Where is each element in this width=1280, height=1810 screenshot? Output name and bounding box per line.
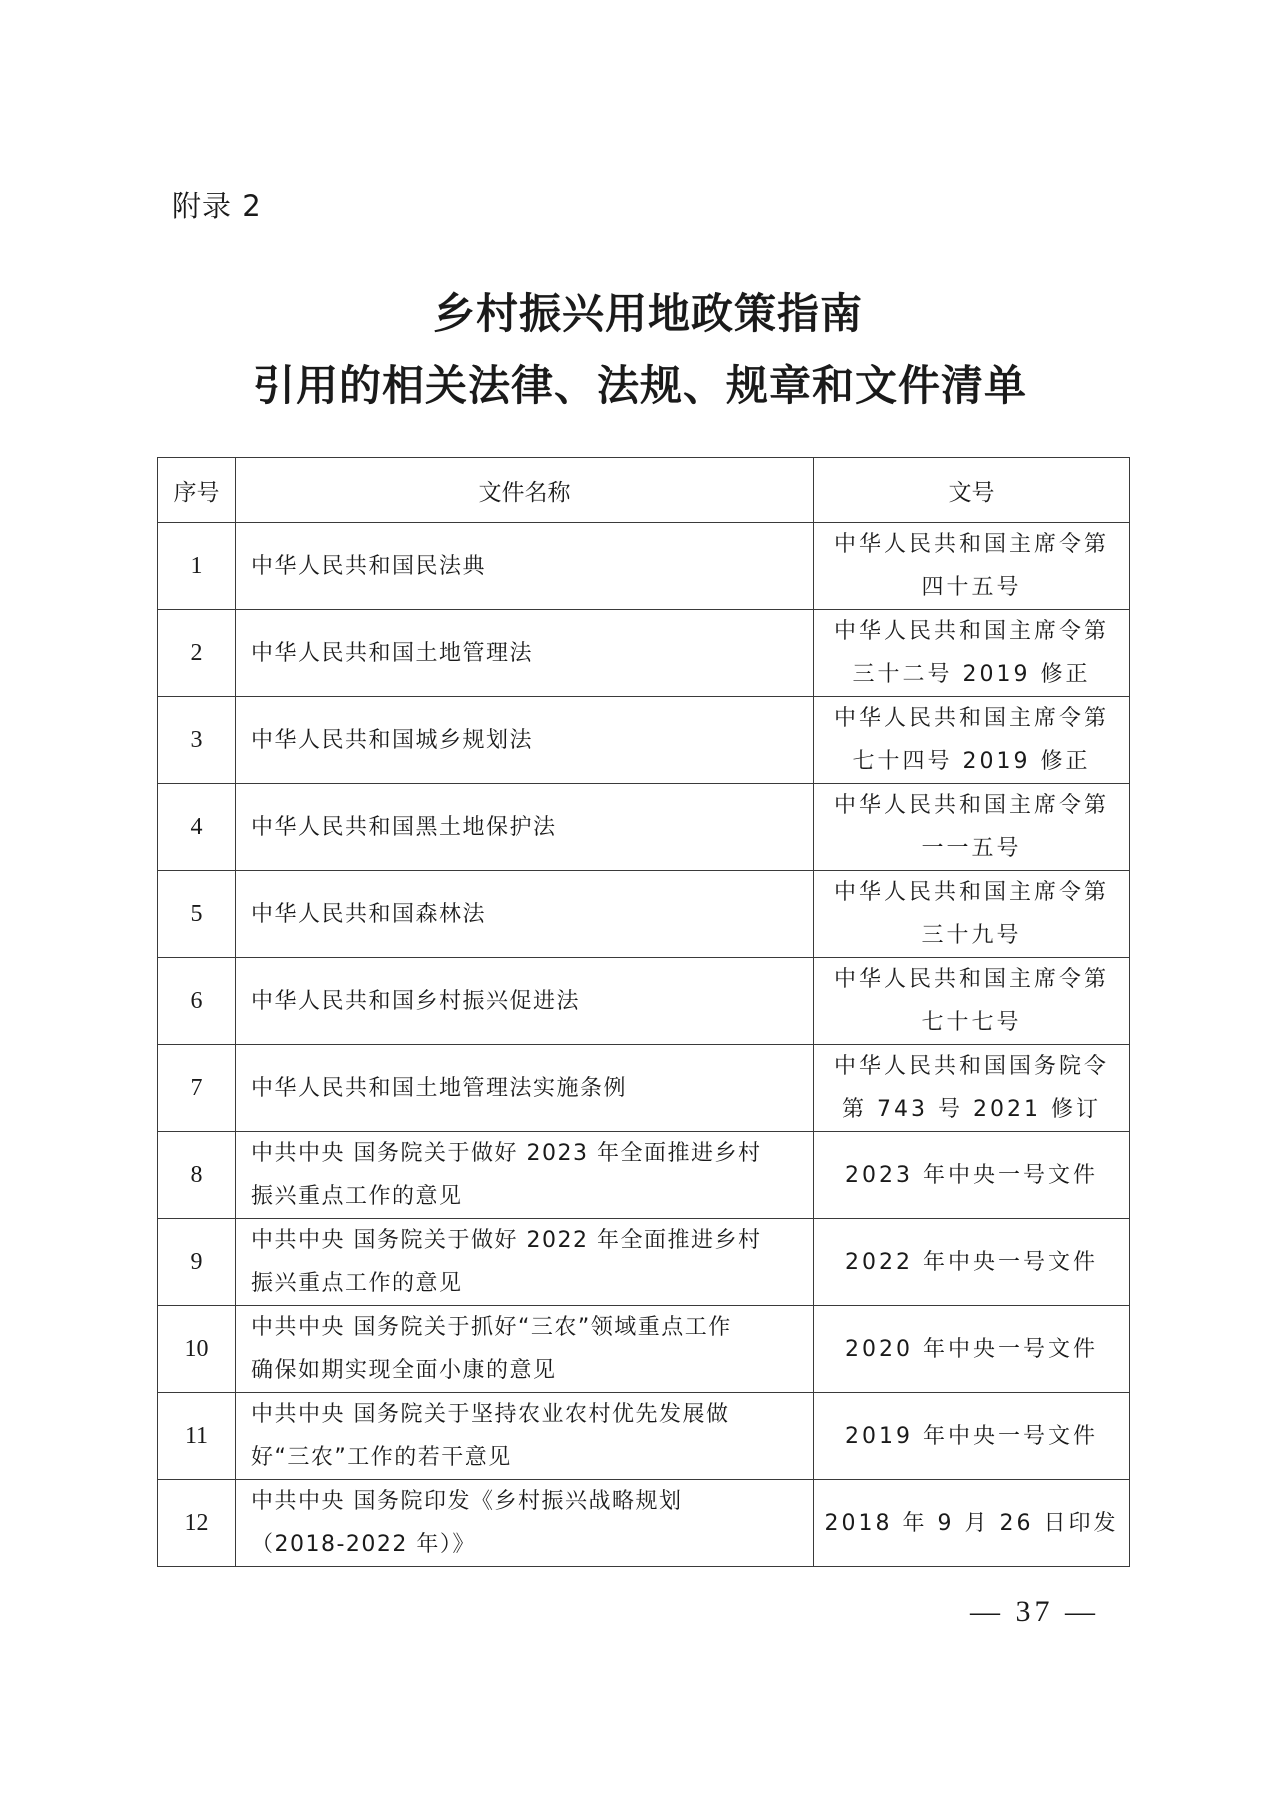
table-header-row: 序号 文件名称 文号 <box>158 458 1130 523</box>
document-number-cell: 中华人民共和国主席令第七十七号 <box>814 958 1130 1045</box>
document-name-cell: 中华人民共和国森林法 <box>236 871 814 958</box>
document-number-cell: 中华人民共和国主席令第三十二号 2019 修正 <box>814 610 1130 697</box>
document-number-line: 四十五号 <box>814 566 1129 609</box>
document-number-cell: 2020 年中央一号文件 <box>814 1306 1130 1393</box>
document-number-cell: 中华人民共和国主席令第七十四号 2019 修正 <box>814 697 1130 784</box>
document-number-line: 一一五号 <box>814 827 1129 870</box>
document-number-cell: 2018 年 9 月 26 日印发 <box>814 1480 1130 1567</box>
table-row: 6中华人民共和国乡村振兴促进法中华人民共和国主席令第七十七号 <box>158 958 1130 1045</box>
document-number-line: 七十四号 2019 修正 <box>814 740 1129 783</box>
document-name-cell: 中共中央 国务院印发《乡村振兴战略规划（2018-2022 年）》 <box>236 1480 814 1567</box>
table-row: 12中共中央 国务院印发《乡村振兴战略规划（2018-2022 年）》2018 … <box>158 1480 1130 1567</box>
document-number-cell: 2022 年中央一号文件 <box>814 1219 1130 1306</box>
table-row: 3中华人民共和国城乡规划法中华人民共和国主席令第七十四号 2019 修正 <box>158 697 1130 784</box>
document-number-line: 中华人民共和国主席令第 <box>814 523 1129 566</box>
header-document-number: 文号 <box>814 458 1130 523</box>
document-number-line: 第 743 号 2021 修订 <box>814 1088 1129 1131</box>
document-number-line: 2018 年 9 月 26 日印发 <box>814 1502 1129 1545</box>
document-number-line: 中华人民共和国主席令第 <box>814 784 1129 827</box>
document-number-cell: 中华人民共和国主席令第三十九号 <box>814 871 1130 958</box>
document-name-line: 中华人民共和国土地管理法实施条例 <box>251 1067 801 1110</box>
document-number-cell: 中华人民共和国主席令第四十五号 <box>814 523 1130 610</box>
row-index: 12 <box>158 1480 236 1567</box>
table-row: 11中共中央 国务院关于坚持农业农村优先发展做好“三农”工作的若干意见2019 … <box>158 1393 1130 1480</box>
document-number-line: 2019 年中央一号文件 <box>814 1415 1129 1458</box>
document-number-line: 三十二号 2019 修正 <box>814 653 1129 696</box>
appendix-label: 附录 2 <box>172 186 262 226</box>
document-number-line: 中华人民共和国主席令第 <box>814 958 1129 1001</box>
document-name-cell: 中华人民共和国黑土地保护法 <box>236 784 814 871</box>
page-number: — 37 — <box>970 1592 1099 1632</box>
document-name-line: 中共中央 国务院关于坚持农业农村优先发展做 <box>251 1393 801 1436</box>
document-name-line: 振兴重点工作的意见 <box>251 1175 801 1218</box>
document-name-cell: 中共中央 国务院关于坚持农业农村优先发展做好“三农”工作的若干意见 <box>236 1393 814 1480</box>
document-number-cell: 2019 年中央一号文件 <box>814 1393 1130 1480</box>
document-name-cell: 中华人民共和国乡村振兴促进法 <box>236 958 814 1045</box>
row-index: 9 <box>158 1219 236 1306</box>
row-index: 5 <box>158 871 236 958</box>
table-row: 4中华人民共和国黑土地保护法中华人民共和国主席令第一一五号 <box>158 784 1130 871</box>
document-name-cell: 中共中央 国务院关于抓好“三农”领域重点工作确保如期实现全面小康的意见 <box>236 1306 814 1393</box>
document-name-line: 中共中央 国务院关于抓好“三农”领域重点工作 <box>251 1306 801 1349</box>
document-name-line: 中华人民共和国乡村振兴促进法 <box>251 980 801 1023</box>
document-title-line-2: 引用的相关法律、法规、规章和文件清单 <box>0 356 1280 416</box>
table-row: 5中华人民共和国森林法中华人民共和国主席令第三十九号 <box>158 871 1130 958</box>
table-row: 9中共中央 国务院关于做好 2022 年全面推进乡村振兴重点工作的意见2022 … <box>158 1219 1130 1306</box>
document-number-line: 2020 年中央一号文件 <box>814 1328 1129 1371</box>
document-name-cell: 中华人民共和国土地管理法 <box>236 610 814 697</box>
header-index: 序号 <box>158 458 236 523</box>
table-row: 2中华人民共和国土地管理法中华人民共和国主席令第三十二号 2019 修正 <box>158 610 1130 697</box>
table-row: 10中共中央 国务院关于抓好“三农”领域重点工作确保如期实现全面小康的意见202… <box>158 1306 1130 1393</box>
row-index: 8 <box>158 1132 236 1219</box>
table-body: 1中华人民共和国民法典中华人民共和国主席令第四十五号2中华人民共和国土地管理法中… <box>158 523 1130 1567</box>
document-number-cell: 中华人民共和国国务院令第 743 号 2021 修订 <box>814 1045 1130 1132</box>
document-name-line: 中共中央 国务院印发《乡村振兴战略规划 <box>251 1480 801 1523</box>
document-number-line: 中华人民共和国国务院令 <box>814 1045 1129 1088</box>
document-name-line: 中华人民共和国土地管理法 <box>251 632 801 675</box>
document-number-line: 中华人民共和国主席令第 <box>814 697 1129 740</box>
row-index: 3 <box>158 697 236 784</box>
row-index: 7 <box>158 1045 236 1132</box>
document-name-line: 好“三农”工作的若干意见 <box>251 1436 801 1479</box>
document-number-line: 中华人民共和国主席令第 <box>814 871 1129 914</box>
table-row: 8中共中央 国务院关于做好 2023 年全面推进乡村振兴重点工作的意见2023 … <box>158 1132 1130 1219</box>
document-name-line: 中华人民共和国黑土地保护法 <box>251 806 801 849</box>
table-row: 1中华人民共和国民法典中华人民共和国主席令第四十五号 <box>158 523 1130 610</box>
document-number-line: 七十七号 <box>814 1001 1129 1044</box>
document-name-cell: 中华人民共和国城乡规划法 <box>236 697 814 784</box>
document-name-line: 中共中央 国务院关于做好 2022 年全面推进乡村 <box>251 1219 801 1262</box>
document-name-line: 中共中央 国务院关于做好 2023 年全面推进乡村 <box>251 1132 801 1175</box>
row-index: 6 <box>158 958 236 1045</box>
table-row: 7中华人民共和国土地管理法实施条例中华人民共和国国务院令第 743 号 2021… <box>158 1045 1130 1132</box>
legal-documents-table: 序号 文件名称 文号 1中华人民共和国民法典中华人民共和国主席令第四十五号2中华… <box>157 457 1130 1567</box>
document-name-cell: 中华人民共和国土地管理法实施条例 <box>236 1045 814 1132</box>
document-name-cell: 中共中央 国务院关于做好 2022 年全面推进乡村振兴重点工作的意见 <box>236 1219 814 1306</box>
document-number-line: 三十九号 <box>814 914 1129 957</box>
document-number-line: 2023 年中央一号文件 <box>814 1154 1129 1197</box>
row-index: 10 <box>158 1306 236 1393</box>
header-document-name: 文件名称 <box>236 458 814 523</box>
document-name-line: 振兴重点工作的意见 <box>251 1262 801 1305</box>
document-number-line: 中华人民共和国主席令第 <box>814 610 1129 653</box>
row-index: 4 <box>158 784 236 871</box>
document-name-line: 中华人民共和国森林法 <box>251 893 801 936</box>
document-number-cell: 2023 年中央一号文件 <box>814 1132 1130 1219</box>
document-number-cell: 中华人民共和国主席令第一一五号 <box>814 784 1130 871</box>
document-number-line: 2022 年中央一号文件 <box>814 1241 1129 1284</box>
row-index: 2 <box>158 610 236 697</box>
document-name-line: 确保如期实现全面小康的意见 <box>251 1349 801 1392</box>
document-name-line: 中华人民共和国民法典 <box>251 545 801 588</box>
document-name-cell: 中共中央 国务院关于做好 2023 年全面推进乡村振兴重点工作的意见 <box>236 1132 814 1219</box>
row-index: 1 <box>158 523 236 610</box>
document-name-line: （2018-2022 年）》 <box>251 1523 801 1566</box>
document-title-line-1: 乡村振兴用地政策指南 <box>8 284 1280 344</box>
document-name-cell: 中华人民共和国民法典 <box>236 523 814 610</box>
row-index: 11 <box>158 1393 236 1480</box>
document-name-line: 中华人民共和国城乡规划法 <box>251 719 801 762</box>
